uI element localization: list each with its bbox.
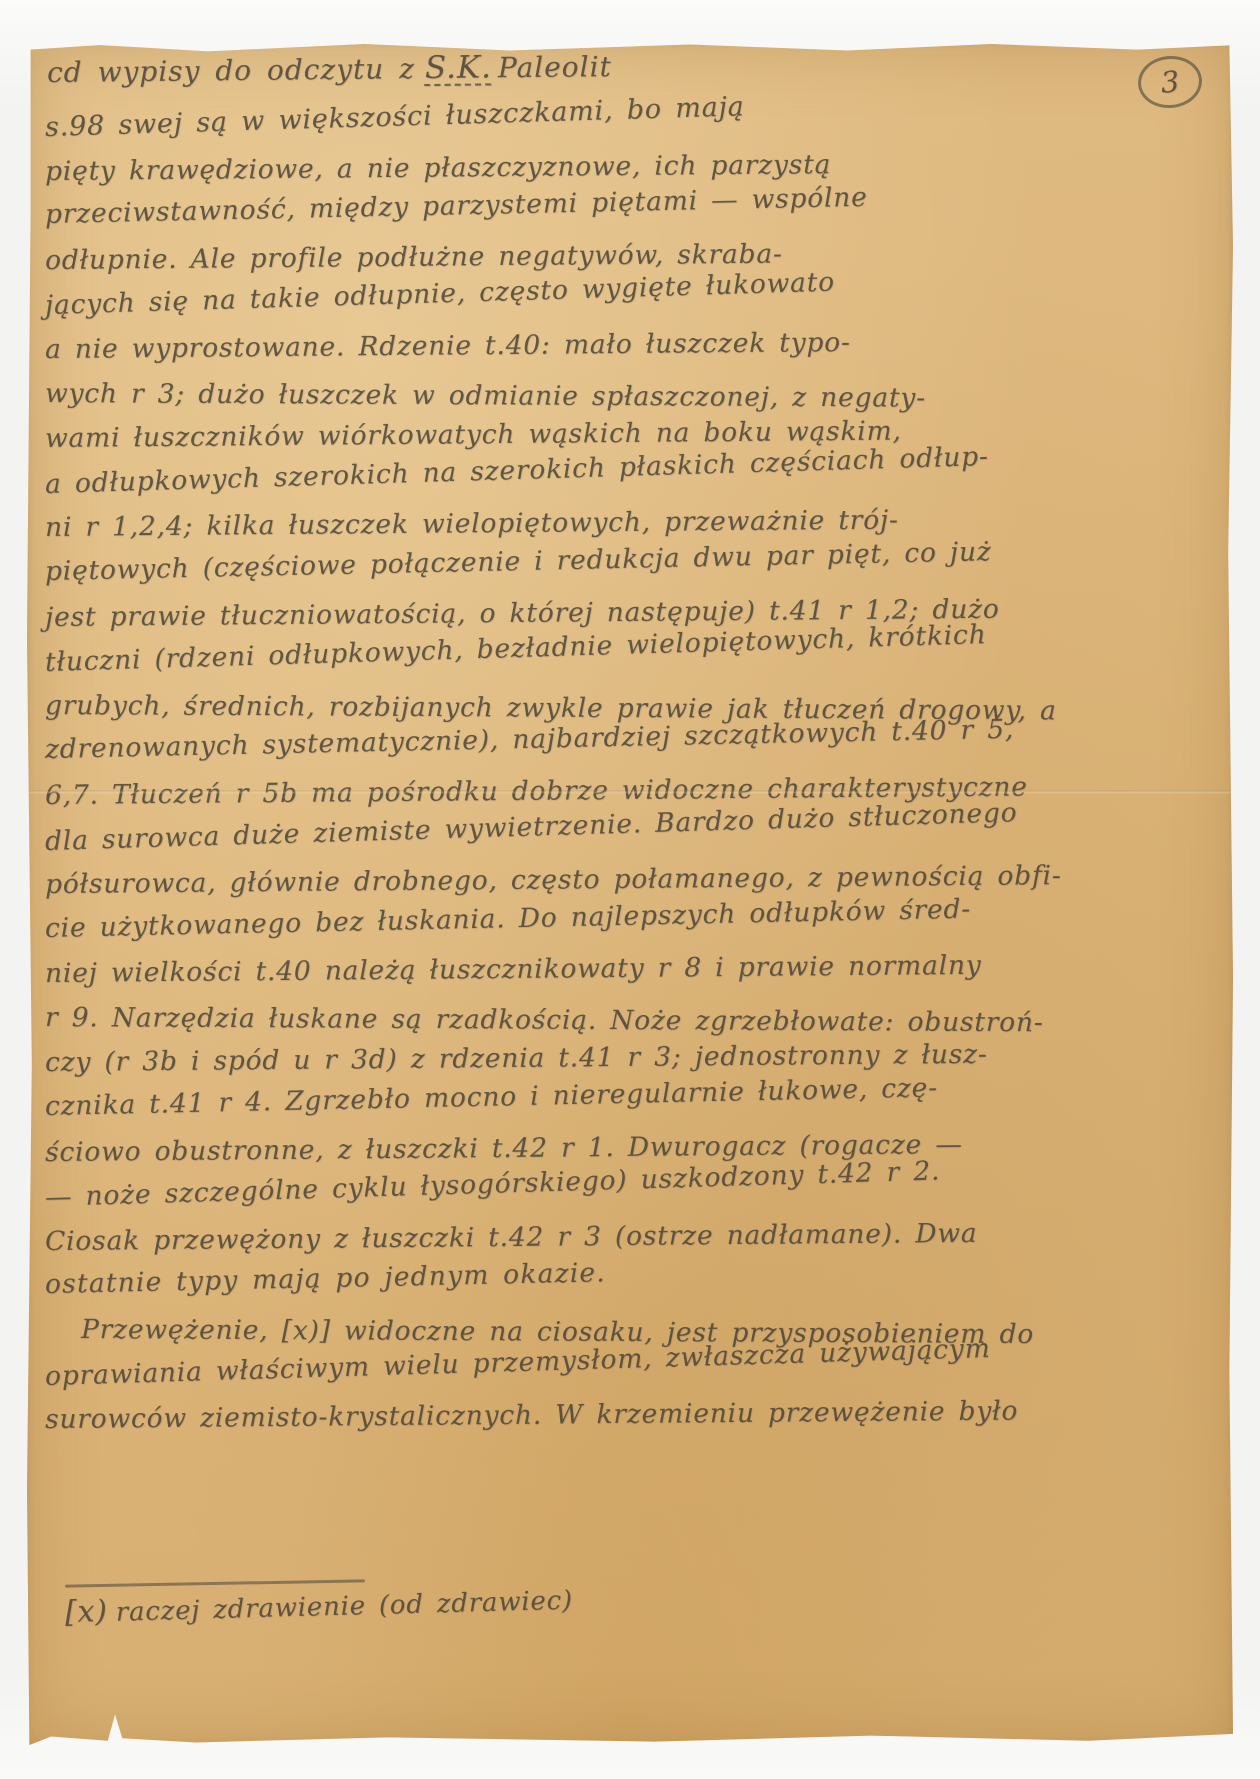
text-line: a nie wyprostowane. Rdzenie t.40: mało ł…	[45, 318, 1225, 373]
page-header: cd wypisy do odczytu zS.K.Paleolit	[47, 48, 612, 90]
scanned-document: { "colors": { "paper": "#dcb57a", "penci…	[0, 0, 1260, 1779]
manuscript-page: cd wypisy do odczytu zS.K.Paleolit 3 s.9…	[27, 42, 1233, 1745]
footnote: [x)raczej zdrawienie (od zdrawiec)	[65, 1582, 573, 1630]
header-source-abbrev: S.K.	[425, 49, 492, 86]
text-line: niej wielkości t.40 należą łuszcznikowat…	[45, 942, 1225, 997]
footnote-rule	[65, 1579, 365, 1587]
footnote-marker: [x)	[65, 1594, 109, 1630]
paper-crease	[27, 790, 1233, 794]
manuscript-body: s.98 swej są w większości łuszczkami, bo…	[27, 104, 1233, 1442]
header-work-title: Paleolit	[498, 50, 612, 84]
header-prefix: cd wypisy do odczytu z	[47, 52, 415, 89]
text-line: surowców ziemisto-krystalicznych. W krze…	[45, 1388, 1225, 1443]
footnote-text: raczej zdrawienie (od zdrawiec)	[115, 1586, 573, 1628]
footnote-text-line: [x)raczej zdrawienie (od zdrawiec)	[65, 1582, 574, 1630]
scan-background: cd wypisy do odczytu zS.K.Paleolit 3 s.9…	[0, 0, 1260, 1779]
